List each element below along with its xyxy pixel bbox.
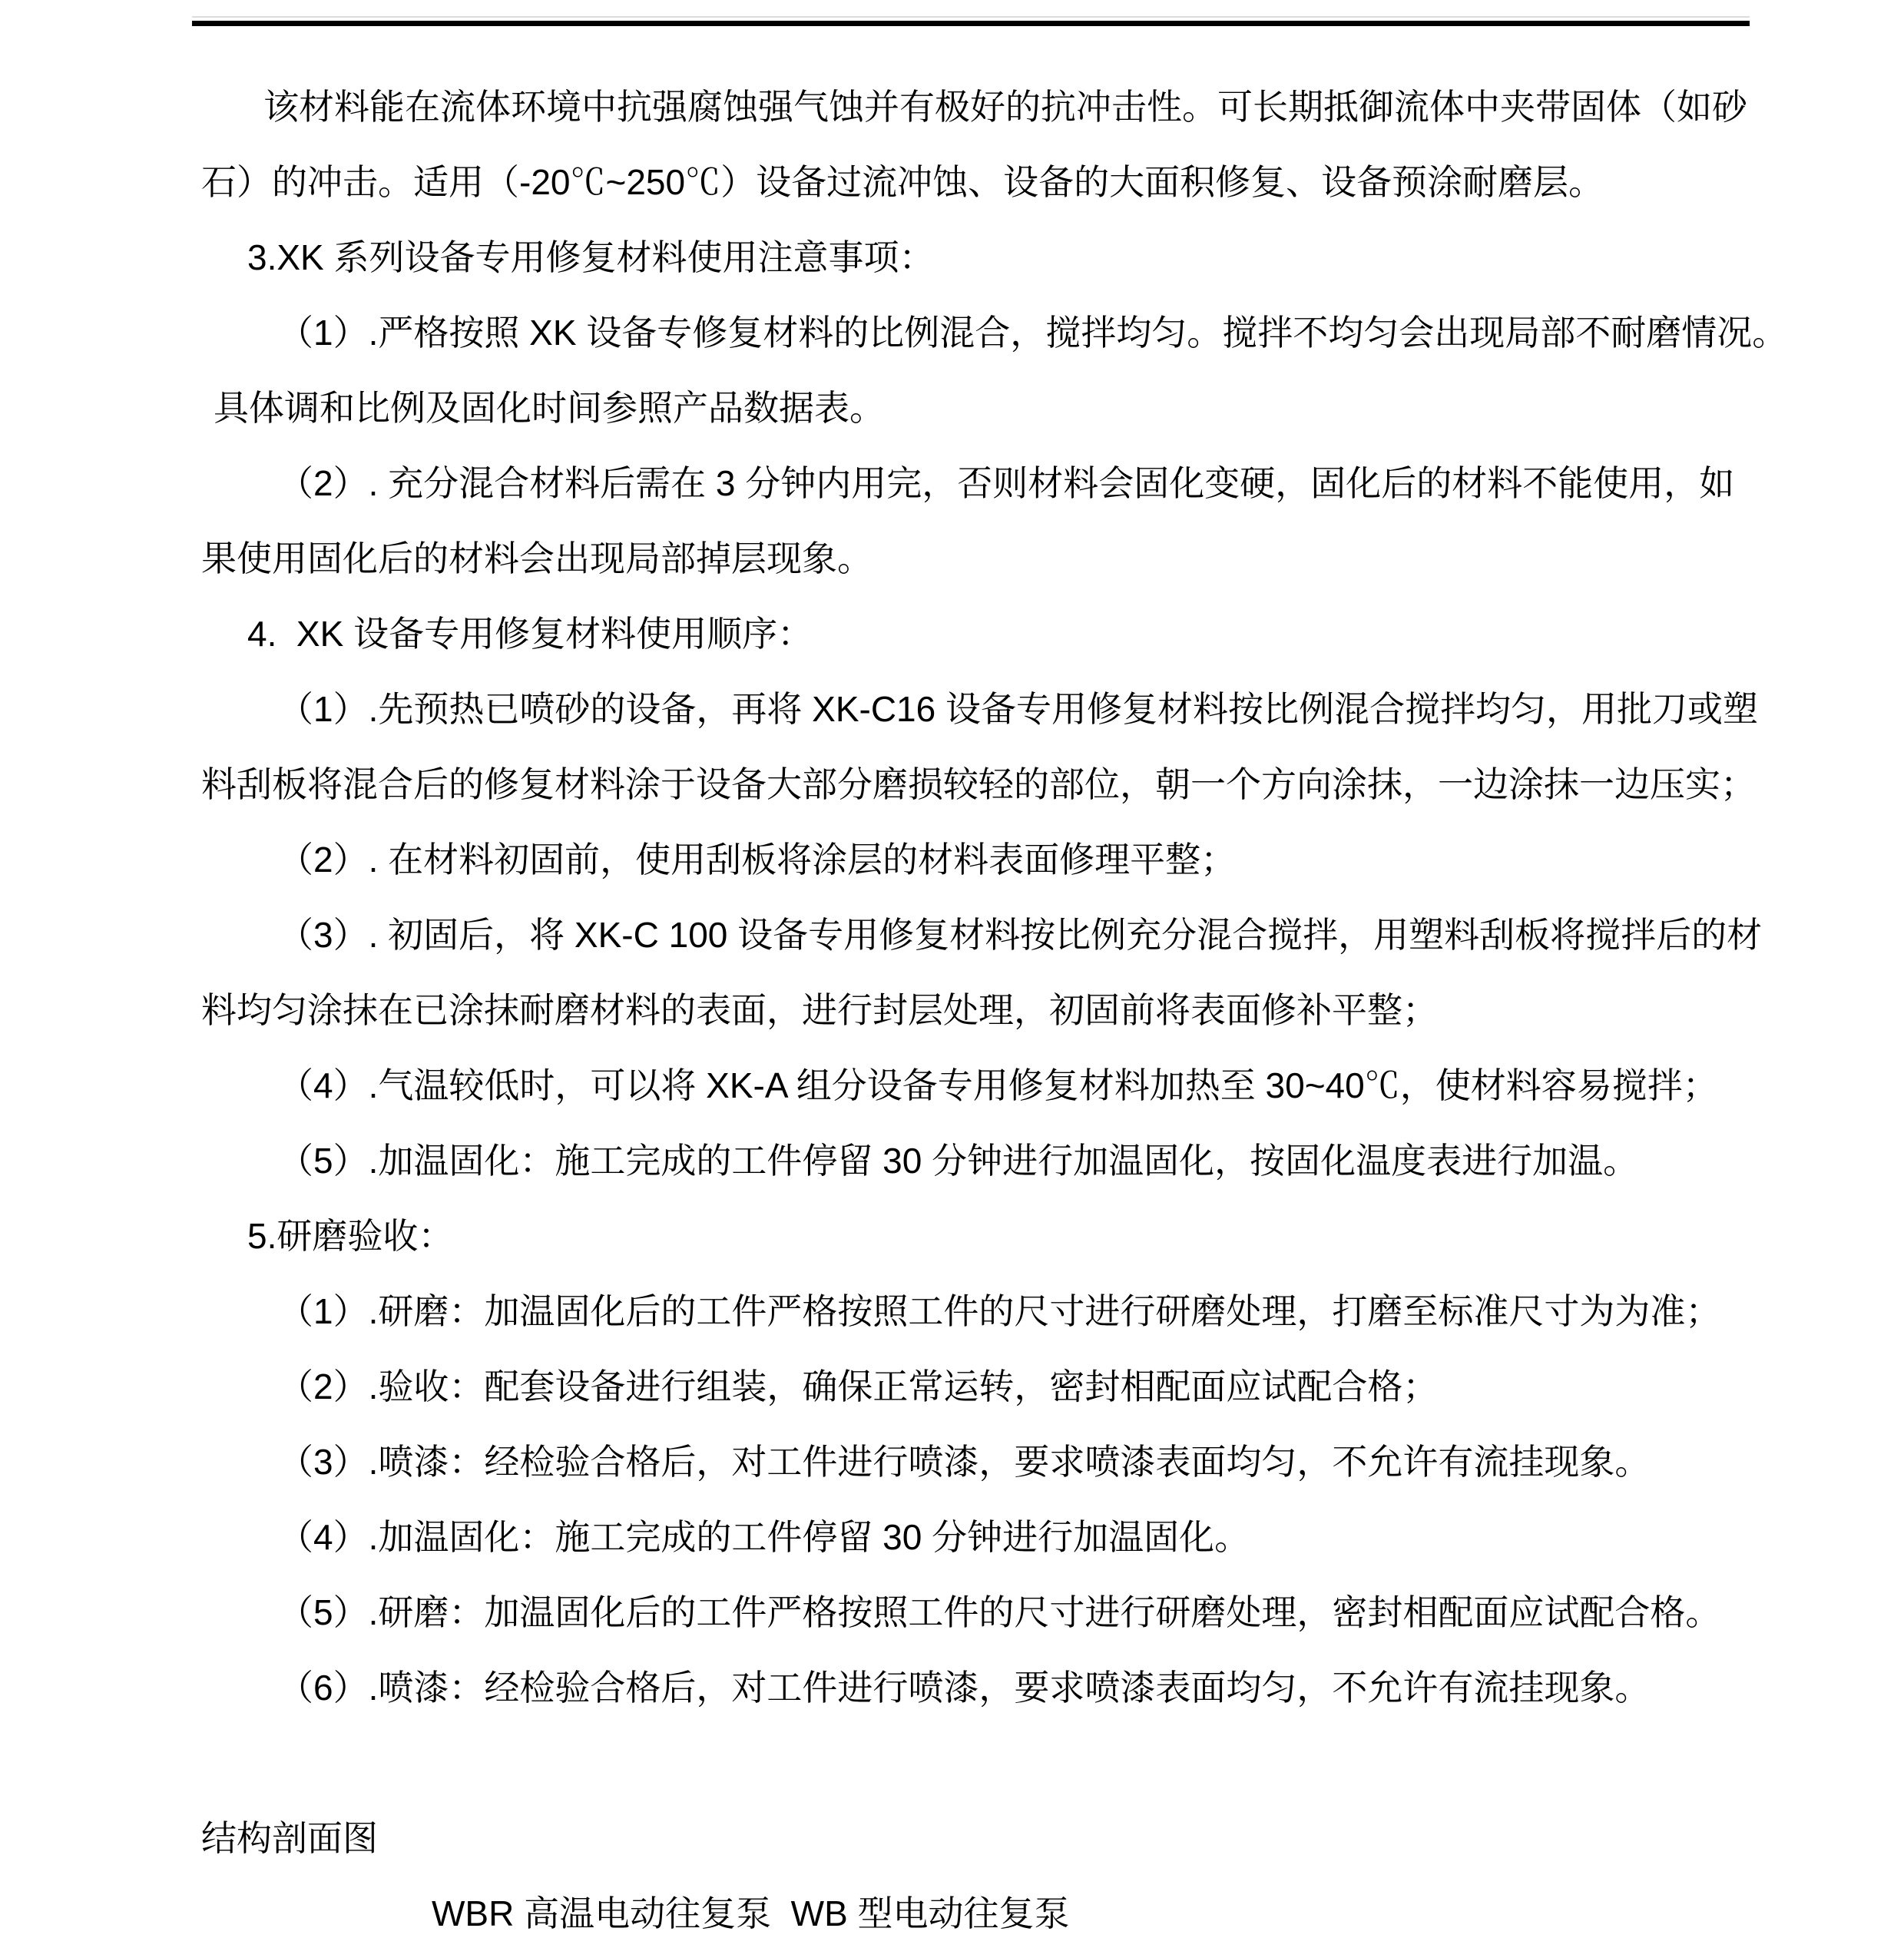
text-line: （2）.验收：配套设备进行组装，确保正常运转，密封相配面应试配合格； xyxy=(192,1349,1851,1424)
text-line: 4. XK 设备专用修复材料使用顺序： xyxy=(192,596,1851,671)
text-line: （1）.先预热已喷砂的设备，再将 XK-C16 设备专用修复材料按比例混合搅拌均… xyxy=(192,671,1851,747)
text-line: （4）.气温较低时，可以将 XK-A 组分设备专用修复材料加热至 30~40℃，… xyxy=(192,1048,1851,1123)
text-line: 具体调和比例及固化时间参照产品数据表。 xyxy=(192,370,1851,446)
text-line: （2）. 充分混合材料后需在 3 分钟内用完，否则材料会固化变硬，固化后的材料不… xyxy=(192,446,1851,521)
text-line: （6）.喷漆：经检验合格后，对工件进行喷漆，要求喷漆表面均匀，不允许有流挂现象。 xyxy=(192,1650,1851,1725)
text-line: 果使用固化后的材料会出现局部掉层现象。 xyxy=(192,521,1851,596)
text-line: 石）的冲击。适用（-20℃~250℃）设备过流冲蚀、设备的大面积修复、设备预涂耐… xyxy=(192,144,1851,220)
document-lines: 该材料能在流体环境中抗强腐蚀强气蚀并有极好的抗冲击性。可长期抵御流体中夹带固体（… xyxy=(192,69,1851,1948)
text-line: 料均匀涂抹在已涂抹耐磨材料的表面，进行封层处理，初固前将表面修补平整； xyxy=(192,972,1851,1048)
text-line: （5）.加温固化：施工完成的工件停留 30 分钟进行加温固化，按固化温度表进行加… xyxy=(192,1123,1851,1198)
text-line: （4）.加温固化：施工完成的工件停留 30 分钟进行加温固化。 xyxy=(192,1499,1851,1575)
document-page: 该材料能在流体环境中抗强腐蚀强气蚀并有极好的抗冲击性。可长期抵御流体中夹带固体（… xyxy=(0,0,1904,1948)
header-rule xyxy=(192,21,1750,26)
text-line xyxy=(192,1725,1851,1801)
text-line: （3）.喷漆：经检验合格后，对工件进行喷漆，要求喷漆表面均匀，不允许有流挂现象。 xyxy=(192,1424,1851,1499)
text-line: （3）. 初固后，将 XK-C 100 设备专用修复材料按比例充分混合搅拌，用塑… xyxy=(192,897,1851,972)
text-line: 料刮板将混合后的修复材料涂于设备大部分磨损较轻的部位，朝一个方向涂抹，一边涂抹一… xyxy=(192,747,1851,822)
text-line: 3.XK 系列设备专用修复材料使用注意事项： xyxy=(192,220,1851,295)
header-rule-shadow xyxy=(192,16,1750,18)
text-line: （5）.研磨：加温固化后的工件严格按照工件的尺寸进行研磨处理，密封相配面应试配合… xyxy=(192,1575,1851,1650)
text-line: 该材料能在流体环境中抗强腐蚀强气蚀并有极好的抗冲击性。可长期抵御流体中夹带固体（… xyxy=(192,69,1851,144)
text-line: （1）.研磨：加温固化后的工件严格按照工件的尺寸进行研磨处理，打磨至标准尺寸为为… xyxy=(192,1274,1851,1349)
text-line: （1）.严格按照 XK 设备专修复材料的比例混合，搅拌均匀。搅拌不均匀会出现局部… xyxy=(192,295,1851,370)
text-line: （2）. 在材料初固前，使用刮板将涂层的材料表面修理平整； xyxy=(192,822,1851,897)
text-line: 5.研磨验收： xyxy=(192,1198,1851,1274)
text-line: WBR 高温电动往复泵 WB 型电动往复泵 xyxy=(192,1876,1851,1948)
text-line: 结构剖面图 xyxy=(192,1801,1851,1876)
